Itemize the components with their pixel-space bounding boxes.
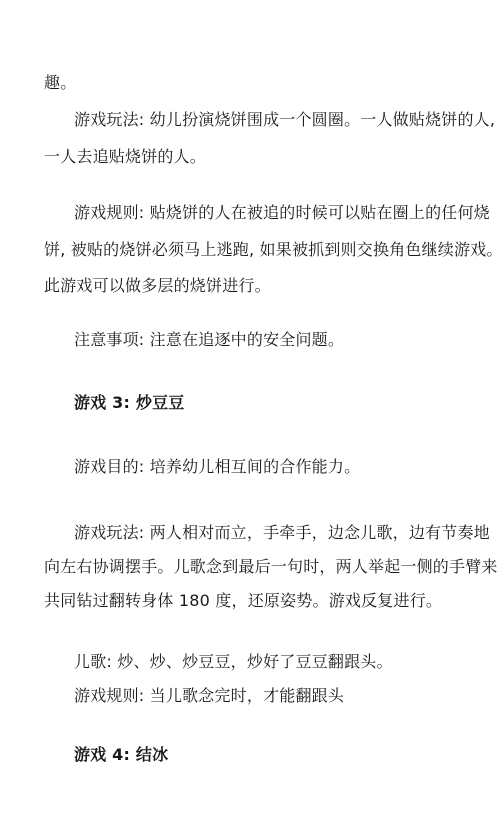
game-3-purpose: 游戏目的: 培养幼儿相互间的合作能力。 bbox=[74, 457, 360, 477]
game-3-play-line-3: 共同钻过翻转身体 180 度，还原姿势。游戏反复进行。 bbox=[44, 591, 442, 611]
game-rules-line-3: 此游戏可以做多层的烧饼进行。 bbox=[44, 276, 271, 296]
rules-play-line-2: 一人去追贴烧饼的人。 bbox=[44, 147, 206, 167]
game-3-play-line-1: 游戏玩法: 两人相对而立，手牵手，边念儿歌，边有节奏地 bbox=[74, 523, 490, 543]
game-rules-line-1: 游戏规则: 贴烧饼的人在被追的时候可以贴在圈上的任何烧 bbox=[74, 203, 490, 223]
notes-line: 注意事项: 注意在追逐中的安全问题。 bbox=[74, 330, 344, 350]
rules-play-line-1: 游戏玩法: 幼儿扮演烧饼围成一个圆圈。一人做贴烧饼的人, bbox=[74, 110, 495, 130]
game-4-heading: 游戏 4: 结冰 bbox=[74, 745, 168, 765]
game-3-play-line-2: 向左右协调摆手。儿歌念到最后一句时，两人举起一侧的手臂来 bbox=[44, 557, 498, 577]
game-3-heading: 游戏 3: 炒豆豆 bbox=[74, 393, 184, 413]
game-3-rhyme: 儿歌: 炒、炒、炒豆豆，炒好了豆豆翻跟头。 bbox=[74, 652, 393, 672]
game-rules-line-2: 饼, 被贴的烧饼必须马上逃跑, 如果被抓到则交换角色继续游戏。 bbox=[44, 240, 500, 260]
paragraph-continuation: 趣。 bbox=[44, 73, 76, 93]
game-3-rules: 游戏规则: 当儿歌念完时，才能翻跟头 bbox=[74, 686, 344, 706]
